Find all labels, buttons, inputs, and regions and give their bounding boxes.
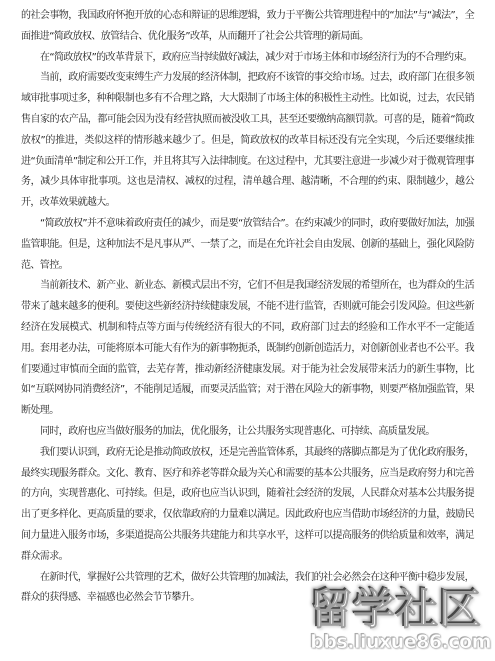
paragraph: 当前新技术、新产业、新业态、新模式层出不穷，它们不但是我国经济发展的希望所在，也… (21, 276, 474, 422)
paragraph: 我们要认识到，政府无论是推动简政放权，还是完善监管体系，其最终的落脚点都是为了优… (21, 443, 474, 568)
paragraph: 当前，政府需要改变束缚生产力发展的经济体制，把政府不该管的事交给市场。过去，政府… (21, 68, 474, 214)
paragraph: 同时，政府也应当做好服务的加法，优化服务，让公共服务实现普惠化、可持续、高质量发… (21, 422, 474, 443)
watermark-site-url: bbs.liuxue86.com (310, 632, 491, 653)
paragraph: 的社会事物，我国政府怀抱开放的心态和辩证的思维逻辑，致力于平衡公共管理进程中的“… (21, 6, 474, 48)
document-text: 的社会事物，我国政府怀抱开放的心态和辩证的思维逻辑，致力于平衡公共管理进程中的“… (21, 6, 474, 609)
paragraph: “简政放权”并不意味着政府责任的减少，而是要“放管结合”。在约束减少的同时，政府… (21, 214, 474, 276)
document-page: 的社会事物，我国政府怀抱开放的心态和辩证的思维逻辑，致力于平衡公共管理进程中的“… (0, 0, 495, 661)
paragraph: 在新时代，掌握好公共管理的艺术，做好公共管理的加减法，我们的社会必然会在这种平衡… (21, 568, 474, 610)
paragraph: 在“简政放权”的改革背景下，政府应当持续做好减法，减少对于市场主体和市场经济行为… (21, 48, 474, 69)
